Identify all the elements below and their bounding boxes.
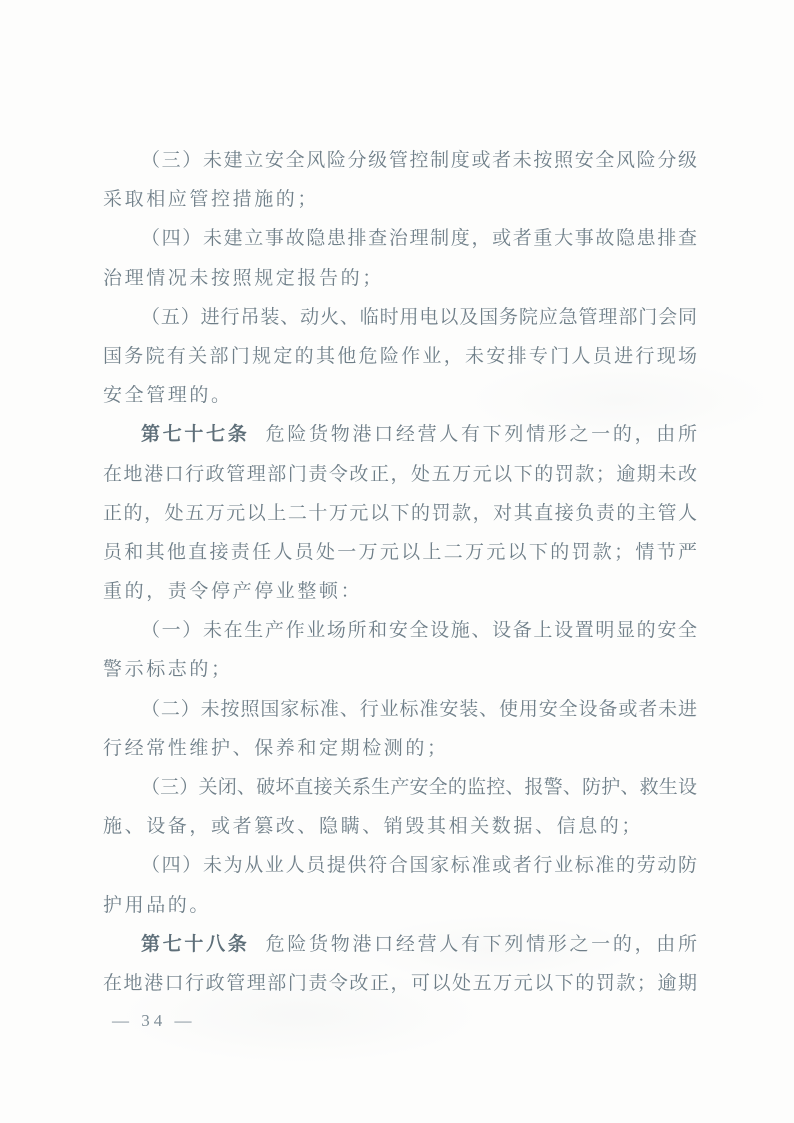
document-line: 员和其他直接责任人员处一万元以上二万元以下的罚款；情节严 [103,533,697,572]
document-line: （三）关闭、破坏直接关系生产安全的监控、报警、防护、救生设 [103,768,697,807]
article-78-number: 第七十八条 [141,934,250,955]
document-line: 在地港口行政管理部门责令改正，处五万元以下的罚款；逾期未改 [103,455,697,494]
page-number: — 34 — [112,1006,196,1036]
document-line: 采取相应管控措施的； [103,180,697,219]
document-line: 在地港口行政管理部门责令改正，可以处五万元以下的罚款；逾期 [103,964,697,1003]
document-line: 治理情况未按照规定报告的； [103,259,697,298]
article-77-text: 危险货物港口经营人有下列情形之一的，由所 [266,424,697,445]
document-line: 国务院有关部门规定的其他危险作业，未安排专门人员进行现场 [103,337,697,376]
article-78-heading-line: 第七十八条危险货物港口经营人有下列情形之一的，由所 [103,925,697,964]
article-78-text: 危险货物港口经营人有下列情形之一的，由所 [266,934,697,955]
document-line: 正的，处五万元以上二十万元以下的罚款，对其直接负责的主管人 [103,494,697,533]
document-page: （三）未建立安全风险分级管控制度或者未按照安全风险分级 采取相应管控措施的； （… [0,0,794,1123]
document-line: 安全管理的。 [103,376,697,415]
document-line: 护用品的。 [103,886,697,925]
article-77-number: 第七十七条 [141,424,250,445]
document-line: （三）未建立安全风险分级管控制度或者未按照安全风险分级 [103,141,697,180]
article-77-heading-line: 第七十七条危险货物港口经营人有下列情形之一的，由所 [103,415,697,454]
document-line: 重的，责令停产停业整顿： [103,572,697,611]
document-line: 行经常性维护、保养和定期检测的； [103,729,697,768]
document-line: （一）未在生产作业场所和安全设施、设备上设置明显的安全 [103,611,697,650]
document-line: （二）未按照国家标准、行业标准安装、使用安全设备或者未进 [103,690,697,729]
document-line: 施、设备，或者篡改、隐瞒、销毁其相关数据、信息的； [103,807,697,846]
document-line: 警示标志的； [103,650,697,689]
document-line: （四）未为从业人员提供符合国家标准或者行业标准的劳动防 [103,846,697,885]
document-line: （五）进行吊装、动火、临时用电以及国务院应急管理部门会同 [103,298,697,337]
document-line: （四）未建立事故隐患排查治理制度，或者重大事故隐患排查 [103,219,697,258]
text-block: （三）未建立安全风险分级管控制度或者未按照安全风险分级 采取相应管控措施的； （… [103,141,697,1003]
